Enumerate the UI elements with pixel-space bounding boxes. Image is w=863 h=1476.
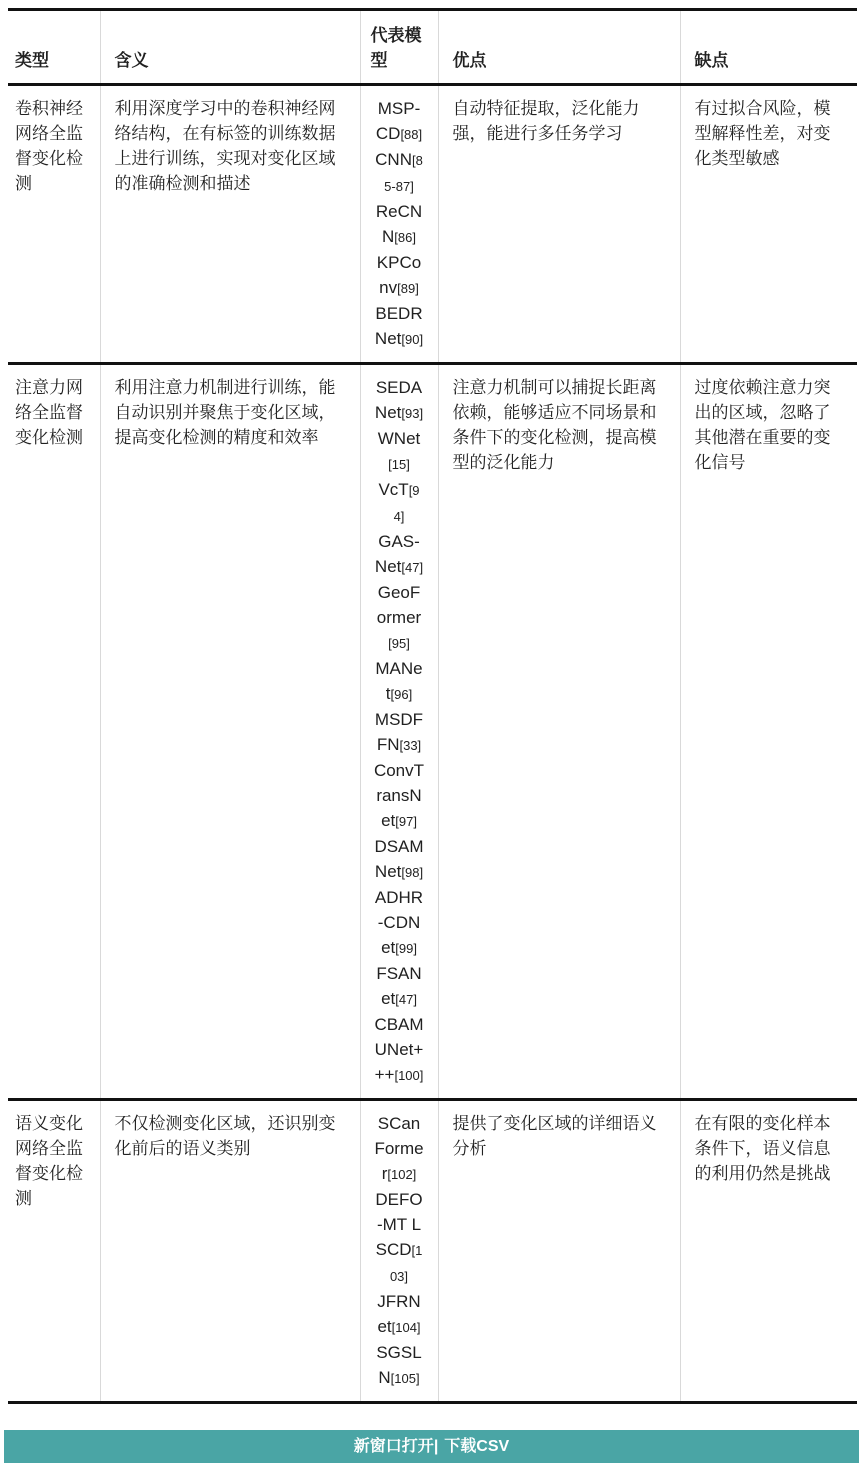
column-header-cons: 缺点 (680, 10, 857, 85)
pros-cell: 提供了变化区域的详细语义分析 (438, 1100, 680, 1403)
meaning-cell: 利用注意力机制进行训练，能自动识别并聚焦于变化区域，提高变化检测的精度和效率 (100, 364, 360, 1100)
model-entry: MANet[96] (374, 656, 425, 707)
type-cell: 注意力网络全监督变化检测 (8, 364, 100, 1100)
model-reference: [15] (388, 457, 410, 472)
model-reference: [99] (395, 941, 417, 956)
model-entry: DEFO-MT LSCD[103] (374, 1187, 425, 1289)
model-reference: [96] (391, 687, 413, 702)
model-entry: MSDFFN[33] (374, 707, 425, 758)
table-header: 类型 含义 代表模型 优点 缺点 (8, 10, 857, 85)
model-entry: WNet[15] (374, 426, 425, 477)
toolbar-separator: | (434, 1438, 438, 1455)
model-reference: [88] (400, 127, 422, 142)
model-reference: [97] (395, 814, 417, 829)
meaning-cell: 不仅检测变化区域，还识别变化前后的语义类别 (100, 1100, 360, 1403)
model-reference: [95] (388, 636, 410, 651)
model-entry: CBAMUNet+++[100] (374, 1012, 425, 1088)
model-entry: FSANet[47] (374, 961, 425, 1012)
table-row-attention-supervised: 注意力网络全监督变化检测 利用注意力机制进行训练，能自动识别并聚焦于变化区域，提… (8, 364, 857, 1100)
model-entry: SEDANet[93] (374, 375, 425, 426)
models-cell: SCanFormer[102]DEFO-MT LSCD[103]JFRNet[1… (360, 1100, 438, 1403)
model-reference: [90] (401, 332, 423, 347)
model-entry: SCanFormer[102] (374, 1111, 425, 1187)
column-header-pros: 优点 (438, 10, 680, 85)
model-entry: GeoFormer[95] (374, 580, 425, 656)
pros-cell: 自动特征提取，泛化能力强，能进行多任务学习 (438, 85, 680, 364)
model-entry: ADHR-CDNet[99] (374, 885, 425, 961)
model-reference: [100] (394, 1068, 423, 1083)
download-csv-link[interactable]: 下载CSV (444, 1438, 509, 1455)
model-entry: ConvTransNet[97] (374, 758, 425, 834)
cons-cell: 有过拟合风险，模型解释性差，对变化类型敏感 (680, 85, 857, 364)
model-reference: [102] (387, 1167, 416, 1182)
table-row-cnn-supervised: 卷积神经网络全监督变化检测 利用深度学习中的卷积神经网络结构，在有标签的训练数据… (8, 85, 857, 364)
model-reference: [93] (401, 406, 423, 421)
model-entry: VcT[94] (374, 477, 425, 529)
header-row: 类型 含义 代表模型 优点 缺点 (8, 10, 857, 85)
page-container: 类型 含义 代表模型 优点 缺点 卷积神经网络全监督变化检测 利用深度学习中的卷… (0, 0, 863, 1404)
type-cell: 卷积神经网络全监督变化检测 (8, 85, 100, 364)
table-body: 卷积神经网络全监督变化检测 利用深度学习中的卷积神经网络结构，在有标签的训练数据… (8, 85, 857, 1403)
model-entry: DSAMNet[98] (374, 834, 425, 885)
pros-cell: 注意力机制可以捕捉长距离依赖，能够适应不同场景和条件下的变化检测，提高模型的泛化… (438, 364, 680, 1100)
model-name: WNet (378, 429, 421, 448)
model-reference: [47] (395, 992, 417, 1007)
model-entry: SGSLN[105] (374, 1340, 425, 1391)
model-name: VcT (378, 480, 408, 499)
table-row-semantic-supervised: 语义变化网络全监督变化检测 不仅检测变化区域，还识别变化前后的语义类别 SCan… (8, 1100, 857, 1403)
meaning-cell: 利用深度学习中的卷积神经网络结构，在有标签的训练数据上进行训练，实现对变化区域的… (100, 85, 360, 364)
model-reference: [86] (394, 230, 416, 245)
model-reference: [104] (392, 1320, 421, 1335)
model-name: CNN (375, 150, 412, 169)
model-entry: ReCNN[86] (374, 199, 425, 250)
model-reference: [33] (399, 738, 421, 753)
type-cell: 语义变化网络全监督变化检测 (8, 1100, 100, 1403)
column-header-meaning: 含义 (100, 10, 360, 85)
methods-comparison-table: 类型 含义 代表模型 优点 缺点 卷积神经网络全监督变化检测 利用深度学习中的卷… (8, 8, 857, 1404)
model-entry: GAS-Net[47] (374, 529, 425, 580)
model-reference: [47] (401, 560, 423, 575)
table-toolbar: 新窗口打开|下载CSV (4, 1430, 859, 1463)
column-header-type: 类型 (8, 10, 100, 85)
cons-cell: 过度依赖注意力突出的区域，忽略了其他潜在重要的变化信号 (680, 364, 857, 1100)
column-header-models: 代表模型 (360, 10, 438, 85)
model-entry: KPConv[89] (374, 250, 425, 301)
open-new-window-link[interactable]: 新窗口打开 (354, 1438, 434, 1455)
model-entry: CNN[85-87] (374, 147, 425, 199)
model-reference: [105] (391, 1371, 420, 1386)
model-reference: [98] (401, 865, 423, 880)
models-cell: MSP-CD[88]CNN[85-87]ReCNN[86]KPConv[89]B… (360, 85, 438, 364)
cons-cell: 在有限的变化样本条件下，语义信息的利用仍然是挑战 (680, 1100, 857, 1403)
models-cell: SEDANet[93]WNet[15]VcT[94]GAS-Net[47]Geo… (360, 364, 438, 1100)
model-name: GeoFormer (377, 583, 421, 627)
model-entry: BEDRNet[90] (374, 301, 425, 352)
model-entry: MSP-CD[88] (374, 96, 425, 147)
model-reference: [89] (397, 281, 419, 296)
model-entry: JFRNet[104] (374, 1289, 425, 1340)
